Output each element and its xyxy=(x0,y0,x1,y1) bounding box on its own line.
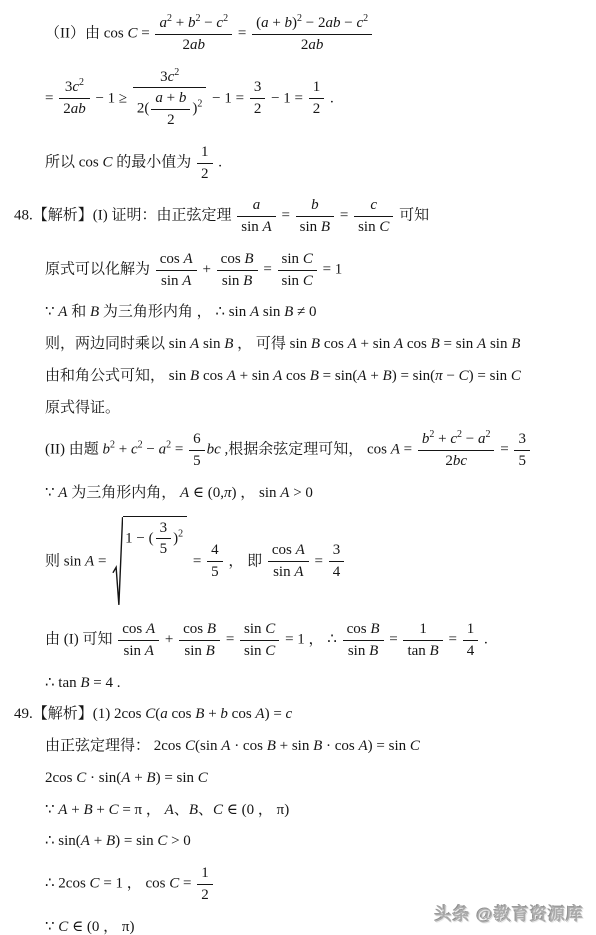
math-text: 则 sin xyxy=(45,553,85,569)
math-text: 可知 xyxy=(395,208,429,224)
math-text: = xyxy=(336,208,352,224)
fraction-denominator: sin B xyxy=(296,217,334,237)
math-var: C xyxy=(103,154,113,170)
math-var: A xyxy=(227,368,236,384)
line-48-sinA-sqrt: 则 sin A = 1 − (35)2 = 45 ， 即 cos Asin A … xyxy=(0,516,596,608)
math-text: sin xyxy=(358,219,379,235)
math-text: sin xyxy=(282,273,303,289)
math-var: A xyxy=(180,485,189,501)
fraction-denominator: 2ab xyxy=(59,99,90,119)
fraction: 32 xyxy=(250,78,266,119)
math-text: ) = sin xyxy=(368,738,410,754)
math-text: cos xyxy=(403,336,431,352)
math-var: A xyxy=(391,442,400,458)
math-text: 6 xyxy=(193,431,201,447)
math-text: = xyxy=(45,90,57,106)
math-var: b xyxy=(179,90,187,106)
solution-lines: （II）由 cos C = a2 + b2 − c22ab = (a + b)2… xyxy=(0,0,596,935)
fraction-denominator: 2(a + b2)2 xyxy=(133,88,206,130)
math-text: 、 xyxy=(174,802,189,818)
superscript: 2 xyxy=(197,99,202,110)
math-text: cos xyxy=(168,706,196,722)
math-text: . xyxy=(215,154,223,170)
math-text: ∈ (0 ， π) xyxy=(223,802,289,818)
math-text: cos xyxy=(160,251,184,267)
math-text: ) = sin( xyxy=(392,368,435,384)
fraction: cos Asin A xyxy=(156,250,197,291)
math-text: 1 xyxy=(201,144,209,160)
math-text: sin xyxy=(184,643,205,659)
line-49-given: 49.【解析】(1) 2cos C(a cos B + b cos A) = c xyxy=(0,705,596,724)
math-text: 和 xyxy=(67,304,90,320)
sqrt-content: 1 − (35)2 xyxy=(123,516,187,608)
line-cosC-law-of-cosines: （II）由 cos C = a2 + b2 − c22ab = (a + b)2… xyxy=(0,14,596,55)
math-text: = xyxy=(260,261,276,277)
math-var: A xyxy=(190,336,199,352)
watermark: 头条 @教育资源库 xyxy=(435,904,584,925)
math-var: A xyxy=(145,643,154,659)
math-text: · cos xyxy=(322,738,358,754)
superscript: 2 xyxy=(174,67,179,78)
math-text: ∴ sin( xyxy=(45,833,81,849)
fraction-numerator: b xyxy=(296,196,334,217)
math-text: = 1 ， ∴ xyxy=(281,632,340,648)
math-var: b xyxy=(220,706,228,722)
fraction-numerator: 6 xyxy=(189,430,205,451)
fraction: 12 xyxy=(309,78,325,119)
math-var: B xyxy=(146,770,155,786)
math-var: B xyxy=(430,643,439,659)
line-48-A-interior: ∵ A 为三角形内角， A ∈ (0,π) ， sin A > 0 xyxy=(0,484,596,503)
line-48-multiply-both-sides: 则，两边同时乘以 sin A sin B ， 可得 sin B cos A + … xyxy=(0,335,596,354)
fraction-numerator: sin C xyxy=(240,620,279,641)
math-text: sin xyxy=(241,219,262,235)
math-text: = xyxy=(386,632,402,648)
math-text: 4 xyxy=(467,643,475,659)
line-49-angle-sum: ∵ A + B + C = π ， A、B、C ∈ (0 ， π) xyxy=(0,801,596,820)
math-text: + xyxy=(163,90,179,106)
math-text: cos xyxy=(282,368,310,384)
math-var: B xyxy=(267,738,276,754)
math-text: sin xyxy=(222,273,243,289)
math-text: 4 xyxy=(211,542,219,558)
radical-sign-icon xyxy=(112,516,123,608)
math-text: ( xyxy=(149,530,154,546)
math-text: + xyxy=(90,833,106,849)
math-var: C xyxy=(169,876,179,892)
math-text: ∈ (0, xyxy=(189,485,224,501)
fraction-numerator: 1 xyxy=(309,78,325,99)
math-text: 、 xyxy=(198,802,213,818)
math-var: B xyxy=(383,368,392,384)
math-text: − xyxy=(341,15,357,31)
math-text: · cos xyxy=(230,738,266,754)
math-text: = xyxy=(179,876,195,892)
fraction: asin A xyxy=(237,196,275,237)
math-text: = sin xyxy=(440,336,477,352)
sqrt-radical: 1 − (35)2 xyxy=(112,516,187,608)
math-text: 2 xyxy=(183,37,191,53)
math-text: 由和角公式可知， sin xyxy=(45,368,190,384)
math-text: 4 xyxy=(333,564,341,580)
math-text: 则，两边同时乘以 sin xyxy=(45,336,190,352)
math-text: ∵ xyxy=(45,304,58,320)
math-var: A xyxy=(294,564,303,580)
fraction: 12 xyxy=(197,864,213,905)
math-var: B xyxy=(431,336,440,352)
math-var: B xyxy=(90,304,99,320)
fraction-numerator: 3 xyxy=(250,78,266,99)
fraction-denominator: sin A xyxy=(118,641,159,661)
fraction-denominator: 5 xyxy=(189,451,205,471)
fraction: 1tan B xyxy=(403,620,442,661)
fraction-denominator: sin B xyxy=(217,271,258,291)
math-var: b xyxy=(102,442,110,458)
fraction-numerator: 1 xyxy=(463,620,479,641)
fraction-denominator: 2 xyxy=(197,885,213,905)
math-text: 1 xyxy=(201,865,209,881)
math-text: 5 xyxy=(211,564,219,580)
fraction-numerator: b2 + c2 − a2 xyxy=(418,430,495,451)
math-text: 由正弦定理得： 2cos xyxy=(45,738,185,754)
math-text: 2( xyxy=(137,101,150,117)
math-var: B xyxy=(511,336,520,352)
math-text: = xyxy=(94,553,110,569)
math-var: A xyxy=(184,251,193,267)
math-var: a xyxy=(155,90,163,106)
math-var: C xyxy=(511,368,521,384)
math-var: B xyxy=(284,304,293,320)
fraction: cos Asin A xyxy=(268,541,309,582)
math-var: a xyxy=(253,197,261,213)
math-text: cos xyxy=(228,706,256,722)
fraction: 35 xyxy=(156,519,172,560)
math-var: ab xyxy=(71,101,86,117)
math-text: = xyxy=(222,632,238,648)
math-var: A xyxy=(146,621,155,637)
math-text: − 1 = xyxy=(267,90,306,106)
math-var: c xyxy=(450,431,457,447)
fraction-denominator: 2 xyxy=(250,99,266,119)
math-var: C xyxy=(58,919,68,935)
math-text: = 1 xyxy=(319,261,342,277)
math-text: + xyxy=(115,442,131,458)
fraction-numerator: c xyxy=(354,196,393,217)
math-text: sin xyxy=(282,251,303,267)
math-text: = π ， xyxy=(119,802,165,818)
math-text: + xyxy=(199,261,215,277)
math-text: ≠ 0 xyxy=(293,304,316,320)
math-var: B xyxy=(310,368,319,384)
fraction-numerator: 1 xyxy=(403,620,442,641)
math-text: · sin( xyxy=(86,770,121,786)
fraction-numerator: cos B xyxy=(179,620,220,641)
fraction-numerator: 3 xyxy=(329,541,345,562)
fraction-denominator: sin A xyxy=(237,217,275,237)
line-49-sin-positive: ∴ sin(A + B) = sin C > 0 xyxy=(0,832,596,851)
math-text: cos xyxy=(320,336,348,352)
math-var: C xyxy=(410,738,420,754)
superscript: 2 xyxy=(79,77,84,88)
fraction: 12 xyxy=(197,143,213,184)
math-var: a xyxy=(159,15,167,31)
math-text: + xyxy=(204,706,220,722)
fraction: 3c22(a + b2)2 xyxy=(133,68,206,130)
math-text: − 1 = xyxy=(208,90,247,106)
math-text: = xyxy=(278,208,294,224)
math-var: ab xyxy=(326,15,341,31)
math-text: 2 xyxy=(167,112,175,128)
math-var: C xyxy=(145,706,155,722)
line-48-part2-cosA: (II) 由题 b2 + c2 − a2 = 65bc ,根据余弦定理可知， c… xyxy=(0,430,596,471)
math-text: 1 xyxy=(467,621,475,637)
math-text: cos xyxy=(122,621,146,637)
math-text: = xyxy=(445,632,461,648)
math-var: A xyxy=(477,336,486,352)
fraction-denominator: sin C xyxy=(240,641,279,661)
math-text: ) = sin xyxy=(115,833,157,849)
math-text: + xyxy=(161,632,177,648)
math-text: − xyxy=(462,431,478,447)
math-text: sin xyxy=(244,643,265,659)
math-text: ∴ tan xyxy=(45,675,80,691)
math-text: 49.【解析】(1) 2cos xyxy=(14,706,145,722)
math-text: − 2 xyxy=(302,15,325,31)
math-var: C xyxy=(90,876,100,892)
math-var: A xyxy=(85,553,94,569)
math-text: ) = xyxy=(265,706,286,722)
math-text: 原式得证。 xyxy=(45,400,120,416)
fraction-denominator: 4 xyxy=(329,562,345,582)
math-text: . xyxy=(326,90,334,106)
math-text: > 0 xyxy=(289,485,312,501)
fraction-numerator: 3c2 xyxy=(133,68,206,89)
math-text: = 1 ， cos xyxy=(100,876,170,892)
math-text: 为三角形内角， xyxy=(67,485,180,501)
fraction: b2 + c2 − a22bc xyxy=(418,430,495,471)
line-48-tanB: ∴ tan B = 4 . xyxy=(0,674,596,693)
math-text: − 1 ≥ xyxy=(92,90,131,106)
math-var: B xyxy=(321,219,330,235)
math-var: bc xyxy=(207,442,221,458)
fraction-numerator: 1 xyxy=(197,143,213,164)
fraction: 3c22ab xyxy=(59,78,90,119)
math-var: B xyxy=(83,802,92,818)
math-text: ) = sin xyxy=(156,770,198,786)
math-text: 5 xyxy=(160,541,168,557)
fraction-denominator: sin B xyxy=(343,641,384,661)
fraction-numerator: a2 + b2 − c2 xyxy=(155,14,232,35)
line-49-sine-rule: 由正弦定理得： 2cos C(sin A · cos B + sin B · c… xyxy=(0,737,596,756)
fraction-denominator: sin C xyxy=(278,271,317,291)
math-text: 2 xyxy=(201,166,209,182)
math-text: = xyxy=(400,442,416,458)
math-var: A xyxy=(394,336,403,352)
math-text: 3 xyxy=(518,431,526,447)
math-var: C xyxy=(157,833,167,849)
line-48-interior-angles: ∵ A 和 B 为三角形内角 ， ∴ sin A sin B ≠ 0 xyxy=(0,303,596,322)
math-var: c xyxy=(370,197,377,213)
math-text: ∵ xyxy=(45,485,58,501)
math-text: 2 xyxy=(254,101,262,117)
math-text: (sin xyxy=(195,738,221,754)
math-var: B xyxy=(369,643,378,659)
math-var: A xyxy=(359,738,368,754)
fraction-numerator: cos A xyxy=(156,250,197,271)
math-text: 1 xyxy=(419,621,427,637)
fraction-denominator: 5 xyxy=(156,539,172,559)
line-48-simplify: 原式可以化解为 cos Asin A + cos Bsin B = sin Cs… xyxy=(0,250,596,291)
fraction-numerator: 3c2 xyxy=(59,78,90,99)
math-var: ab xyxy=(308,37,323,53)
math-var: B xyxy=(190,368,199,384)
math-var: C xyxy=(213,802,223,818)
fraction-denominator: 2ab xyxy=(252,35,372,55)
fraction-denominator: 2 xyxy=(309,99,325,119)
math-var: A xyxy=(255,706,264,722)
math-text: 的最小值为 xyxy=(113,154,196,170)
fraction: 65 xyxy=(189,430,205,471)
line-48-angle-sum-formula: 由和角公式可知， sin B cos A + sin A cos B = sin… xyxy=(0,367,596,386)
math-text: ∴ 2cos xyxy=(45,876,90,892)
math-text: 1 − xyxy=(125,530,148,546)
math-text: 2 xyxy=(313,101,321,117)
math-text: ,根据余弦定理可知， cos xyxy=(221,442,391,458)
math-text: + sin xyxy=(236,368,273,384)
math-text: sin xyxy=(486,336,511,352)
math-var: c xyxy=(131,442,138,458)
math-text: ∵ xyxy=(45,919,58,935)
fraction-numerator: cos A xyxy=(268,541,309,562)
math-text: 1 xyxy=(313,79,321,95)
line-cosC-minimum: 所以 cos C 的最小值为 12 . xyxy=(0,143,596,184)
math-var: B xyxy=(243,273,252,289)
document-page: （II）由 cos C = a2 + b2 − c22ab = (a + b)2… xyxy=(0,0,596,935)
math-text: ∵ xyxy=(45,802,58,818)
math-var: C xyxy=(198,770,208,786)
math-text: ) ， sin xyxy=(232,485,281,501)
math-text: sin xyxy=(123,643,144,659)
math-var: C xyxy=(109,802,119,818)
math-text: + xyxy=(269,15,285,31)
fraction: cos Bsin B xyxy=(217,250,258,291)
math-var: a xyxy=(261,15,269,31)
fraction: cos Bsin B xyxy=(343,620,384,661)
fraction-denominator: sin A xyxy=(156,271,197,291)
math-var: π xyxy=(435,368,443,384)
math-text: cos xyxy=(183,621,207,637)
math-var: C xyxy=(265,643,275,659)
math-text: 48.【解析】(I) 证明：由正弦定理 xyxy=(14,208,235,224)
math-text: − xyxy=(143,442,159,458)
math-text: cos xyxy=(347,621,371,637)
fraction: csin C xyxy=(354,196,393,237)
math-var: bc xyxy=(453,453,467,469)
math-var: C xyxy=(303,273,313,289)
math-text: sin xyxy=(161,273,182,289)
math-text: − xyxy=(443,368,459,384)
math-var: A xyxy=(165,802,174,818)
math-text: ， 即 xyxy=(225,553,266,569)
math-var: b xyxy=(311,197,319,213)
math-var: A xyxy=(273,368,282,384)
math-text: . xyxy=(480,632,488,648)
fraction: a2 + b2 − c22ab xyxy=(155,14,232,55)
fraction: 14 xyxy=(463,620,479,661)
fraction-numerator: 3 xyxy=(156,519,172,540)
line-48-qed: 原式得证。 xyxy=(0,399,596,418)
fraction-denominator: 5 xyxy=(207,562,223,582)
fraction-denominator: 2 xyxy=(197,164,213,184)
math-text: 2cos xyxy=(45,770,76,786)
fraction-numerator: 1 xyxy=(197,864,213,885)
math-text: = xyxy=(171,442,187,458)
fraction-numerator: (a + b)2 − 2ab − c2 xyxy=(252,14,372,35)
math-var: B xyxy=(106,833,115,849)
math-var: C xyxy=(459,368,469,384)
math-text: ∈ (0 ， π) xyxy=(68,919,134,935)
line-48-sine-rule: 48.【解析】(I) 证明：由正弦定理 asin A = bsin B = cs… xyxy=(0,196,596,237)
math-text: = xyxy=(189,553,205,569)
math-text: cos xyxy=(272,542,296,558)
math-text: + xyxy=(172,15,188,31)
line-49-cosC-half: ∴ 2cos C = 1 ， cos C = 12 xyxy=(0,864,596,905)
math-text: 3 xyxy=(160,520,168,536)
math-var: C xyxy=(265,621,275,637)
math-text: sin xyxy=(273,564,294,580)
math-var: C xyxy=(185,738,195,754)
fraction-denominator: sin A xyxy=(268,562,309,582)
math-text: 所以 cos xyxy=(45,154,103,170)
math-text: (II) 由题 xyxy=(45,442,102,458)
math-var: B xyxy=(189,802,198,818)
math-text: + xyxy=(93,802,109,818)
math-var: A xyxy=(263,219,272,235)
math-text: = sin( xyxy=(319,368,357,384)
fraction-denominator: tan B xyxy=(403,641,442,661)
math-text: 3 xyxy=(254,79,262,95)
fraction: sin Csin C xyxy=(278,250,317,291)
math-var: A xyxy=(182,273,191,289)
superscript: 2 xyxy=(223,13,228,24)
math-var: B xyxy=(224,336,233,352)
math-text: tan xyxy=(407,643,429,659)
math-text: 2 xyxy=(201,887,209,903)
math-text: 5 xyxy=(193,453,201,469)
math-text: = xyxy=(138,26,154,42)
math-text: ， 可得 sin xyxy=(233,336,311,352)
math-text: sin xyxy=(199,336,224,352)
math-var: c xyxy=(286,706,293,722)
superscript: 2 xyxy=(178,528,183,539)
math-var: B xyxy=(80,675,89,691)
superscript: 2 xyxy=(485,429,490,440)
fraction-numerator: 3 xyxy=(514,430,530,451)
fraction-denominator: 2 xyxy=(151,110,190,130)
math-text: = xyxy=(496,442,512,458)
fraction-numerator: 4 xyxy=(207,541,223,562)
math-var: B xyxy=(244,251,253,267)
math-text: 2 xyxy=(63,101,71,117)
math-var: B xyxy=(370,621,379,637)
math-text: 由 (I) 可知 xyxy=(45,632,116,648)
math-var: A xyxy=(348,336,357,352)
math-var: B xyxy=(311,336,320,352)
fraction: 45 xyxy=(207,541,223,582)
math-text: + xyxy=(434,431,450,447)
fraction-denominator: 2bc xyxy=(418,451,495,471)
math-var: C xyxy=(128,26,138,42)
